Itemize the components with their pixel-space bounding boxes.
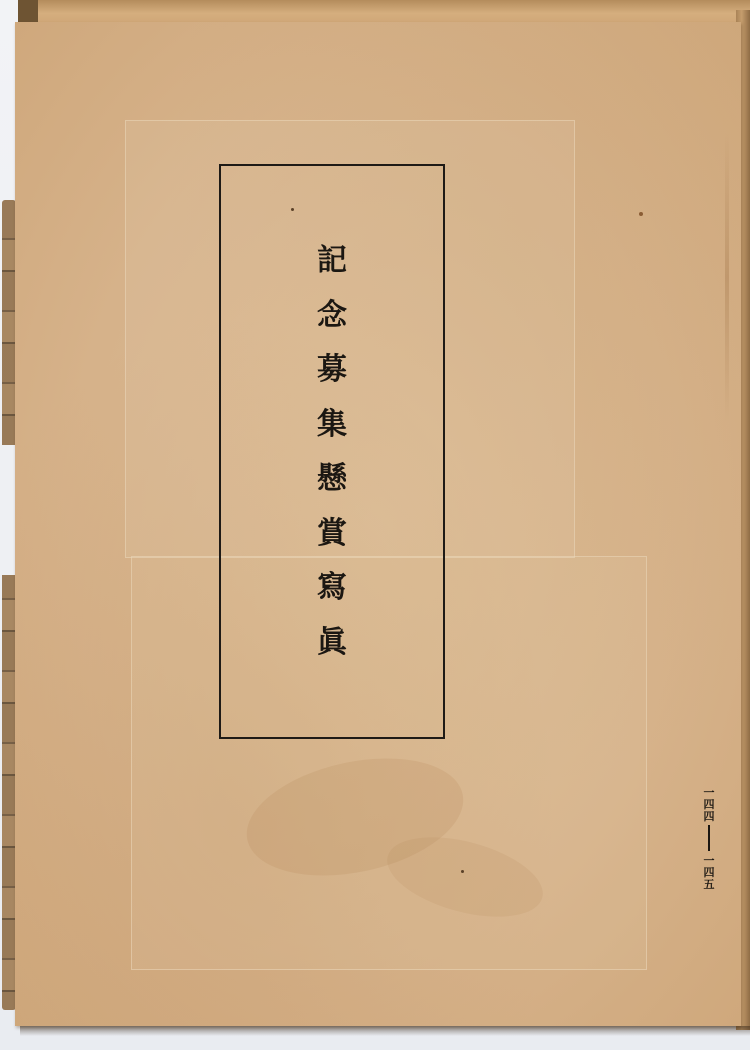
document-page: 記 念 募 集 懸 賞 寫 眞 一 四 四 一 四 五 <box>15 22 741 1026</box>
page-shadow <box>20 1026 750 1036</box>
binding-gap <box>0 445 16 575</box>
binding-cover-edge <box>18 0 38 22</box>
title-char: 寫 <box>317 573 347 603</box>
scan-background: 記 念 募 集 懸 賞 寫 眞 一 四 四 一 四 五 <box>0 0 750 1050</box>
title-char: 集 <box>317 410 347 440</box>
title-char: 懸 <box>317 464 347 494</box>
title-char: 記 <box>317 246 347 276</box>
title-frame: 記 念 募 集 懸 賞 寫 眞 <box>219 164 445 739</box>
page-title: 記 念 募 集 懸 賞 寫 眞 <box>317 246 347 682</box>
page-number: 一 四 四 一 四 五 <box>702 787 716 891</box>
title-char: 眞 <box>317 628 347 658</box>
page-range-dash <box>708 825 710 851</box>
page-number-char: 五 <box>704 879 715 891</box>
paper-speck <box>639 212 643 216</box>
ink-speck <box>461 870 464 873</box>
torn-binding <box>2 200 16 1010</box>
title-char: 賞 <box>317 519 347 549</box>
paper-crease <box>725 132 729 422</box>
title-char: 念 <box>317 301 347 331</box>
page-number-char: 四 <box>704 811 715 823</box>
title-char: 募 <box>317 355 347 385</box>
